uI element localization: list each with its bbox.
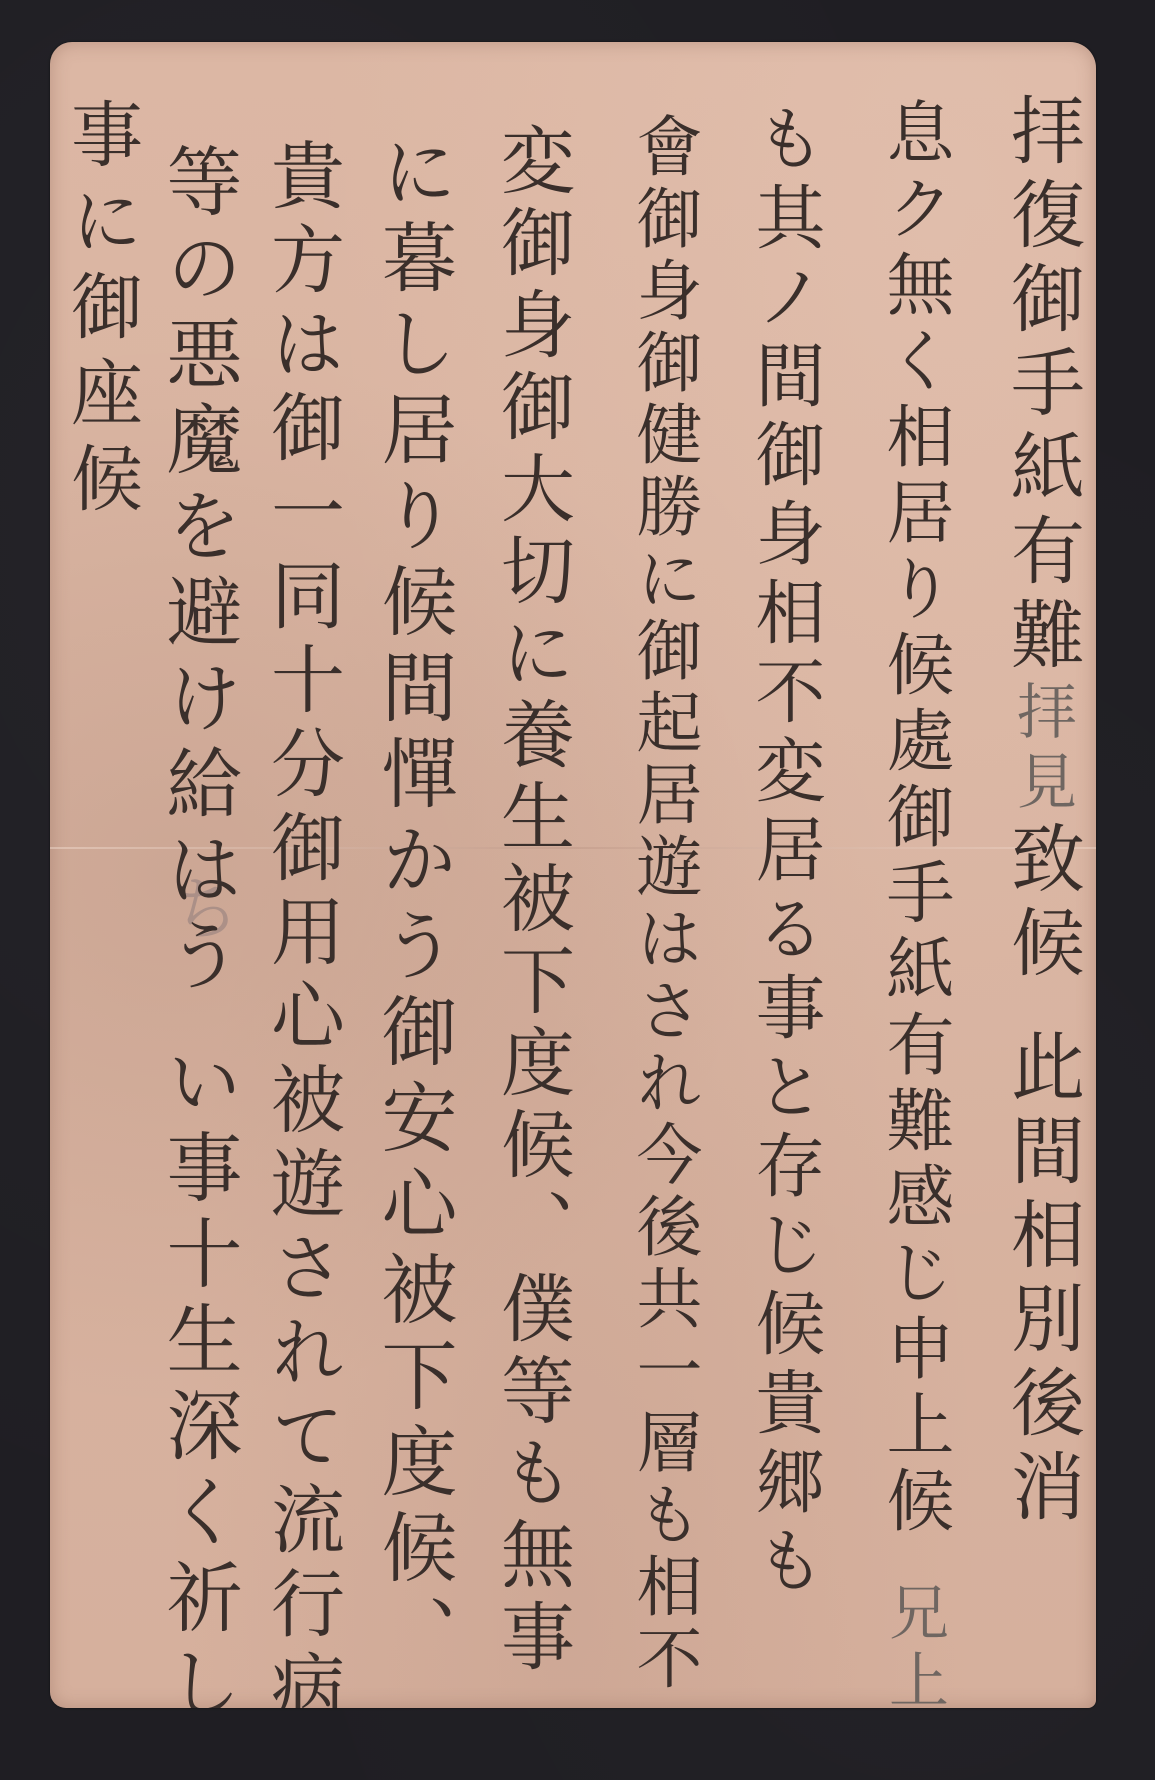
- column-5-segment-1: 変御身御大切に養生被下度候、僕等も無事: [489, 122, 575, 1680]
- column-3-segment-1: も其ノ間御身相不変居る事と存じ候貴郷も: [744, 102, 826, 1603]
- column-2-segment-1: 息ク無く相居り候處御手紙有難感じ申上候: [875, 97, 954, 1541]
- column-1-segment-4: 此間相別後消: [999, 1028, 1085, 1532]
- text-column-4: 會御身御健勝に御起居遊はされ今後共一層も相不: [630, 112, 696, 1696]
- column-8-segment-1: 等の悪魔を避け給はう: [154, 142, 243, 1002]
- text-column-7: 貴方は御一同十分御用心被遊されて流行病: [265, 137, 339, 1708]
- text-column-5: 変御身御大切に養生被下度候、僕等も無事: [495, 122, 569, 1680]
- text-column-2: 息ク無く相居り候處御手紙有難感じ申上候兄上様: [880, 97, 948, 1708]
- text-column-3: も其ノ間御身相不変居る事と存じ候貴郷も: [750, 102, 820, 1603]
- column-4-segment-1: 會御身御健勝に御起居遊はされ今後共一層も相不: [625, 112, 702, 1696]
- column-6-segment-1: に暮し居り候間憚かう御安心被下度候、: [369, 132, 458, 1680]
- column-1-segment-1: 拝復御手紙有難: [999, 92, 1085, 680]
- column-1-segment-2: 拝見: [1007, 680, 1077, 820]
- text-column-6: に暮し居り候間憚かう御安心被下度候、: [375, 132, 451, 1680]
- column-8-segment-2: い事十生深く祈し: [154, 1042, 243, 1708]
- column-9-segment-1: 事に御座候: [59, 97, 143, 527]
- postcard: ち 拝復御手紙有難拝見致候此間相別後消 息ク無く相居り候處御手紙有難感じ申上候兄…: [50, 42, 1096, 1708]
- column-1-segment-3: 致候: [999, 820, 1085, 988]
- column-2-segment-2: 兄上様: [879, 1581, 949, 1708]
- text-column-1: 拝復御手紙有難拝見致候此間相別後消: [1005, 92, 1079, 1532]
- column-7-segment-1: 貴方は御一同十分御用心被遊されて流行病: [259, 137, 345, 1708]
- text-column-8: 等の悪魔を避け給はうい事十生深く祈し: [160, 142, 236, 1708]
- text-column-9: 事に御座候: [65, 97, 137, 527]
